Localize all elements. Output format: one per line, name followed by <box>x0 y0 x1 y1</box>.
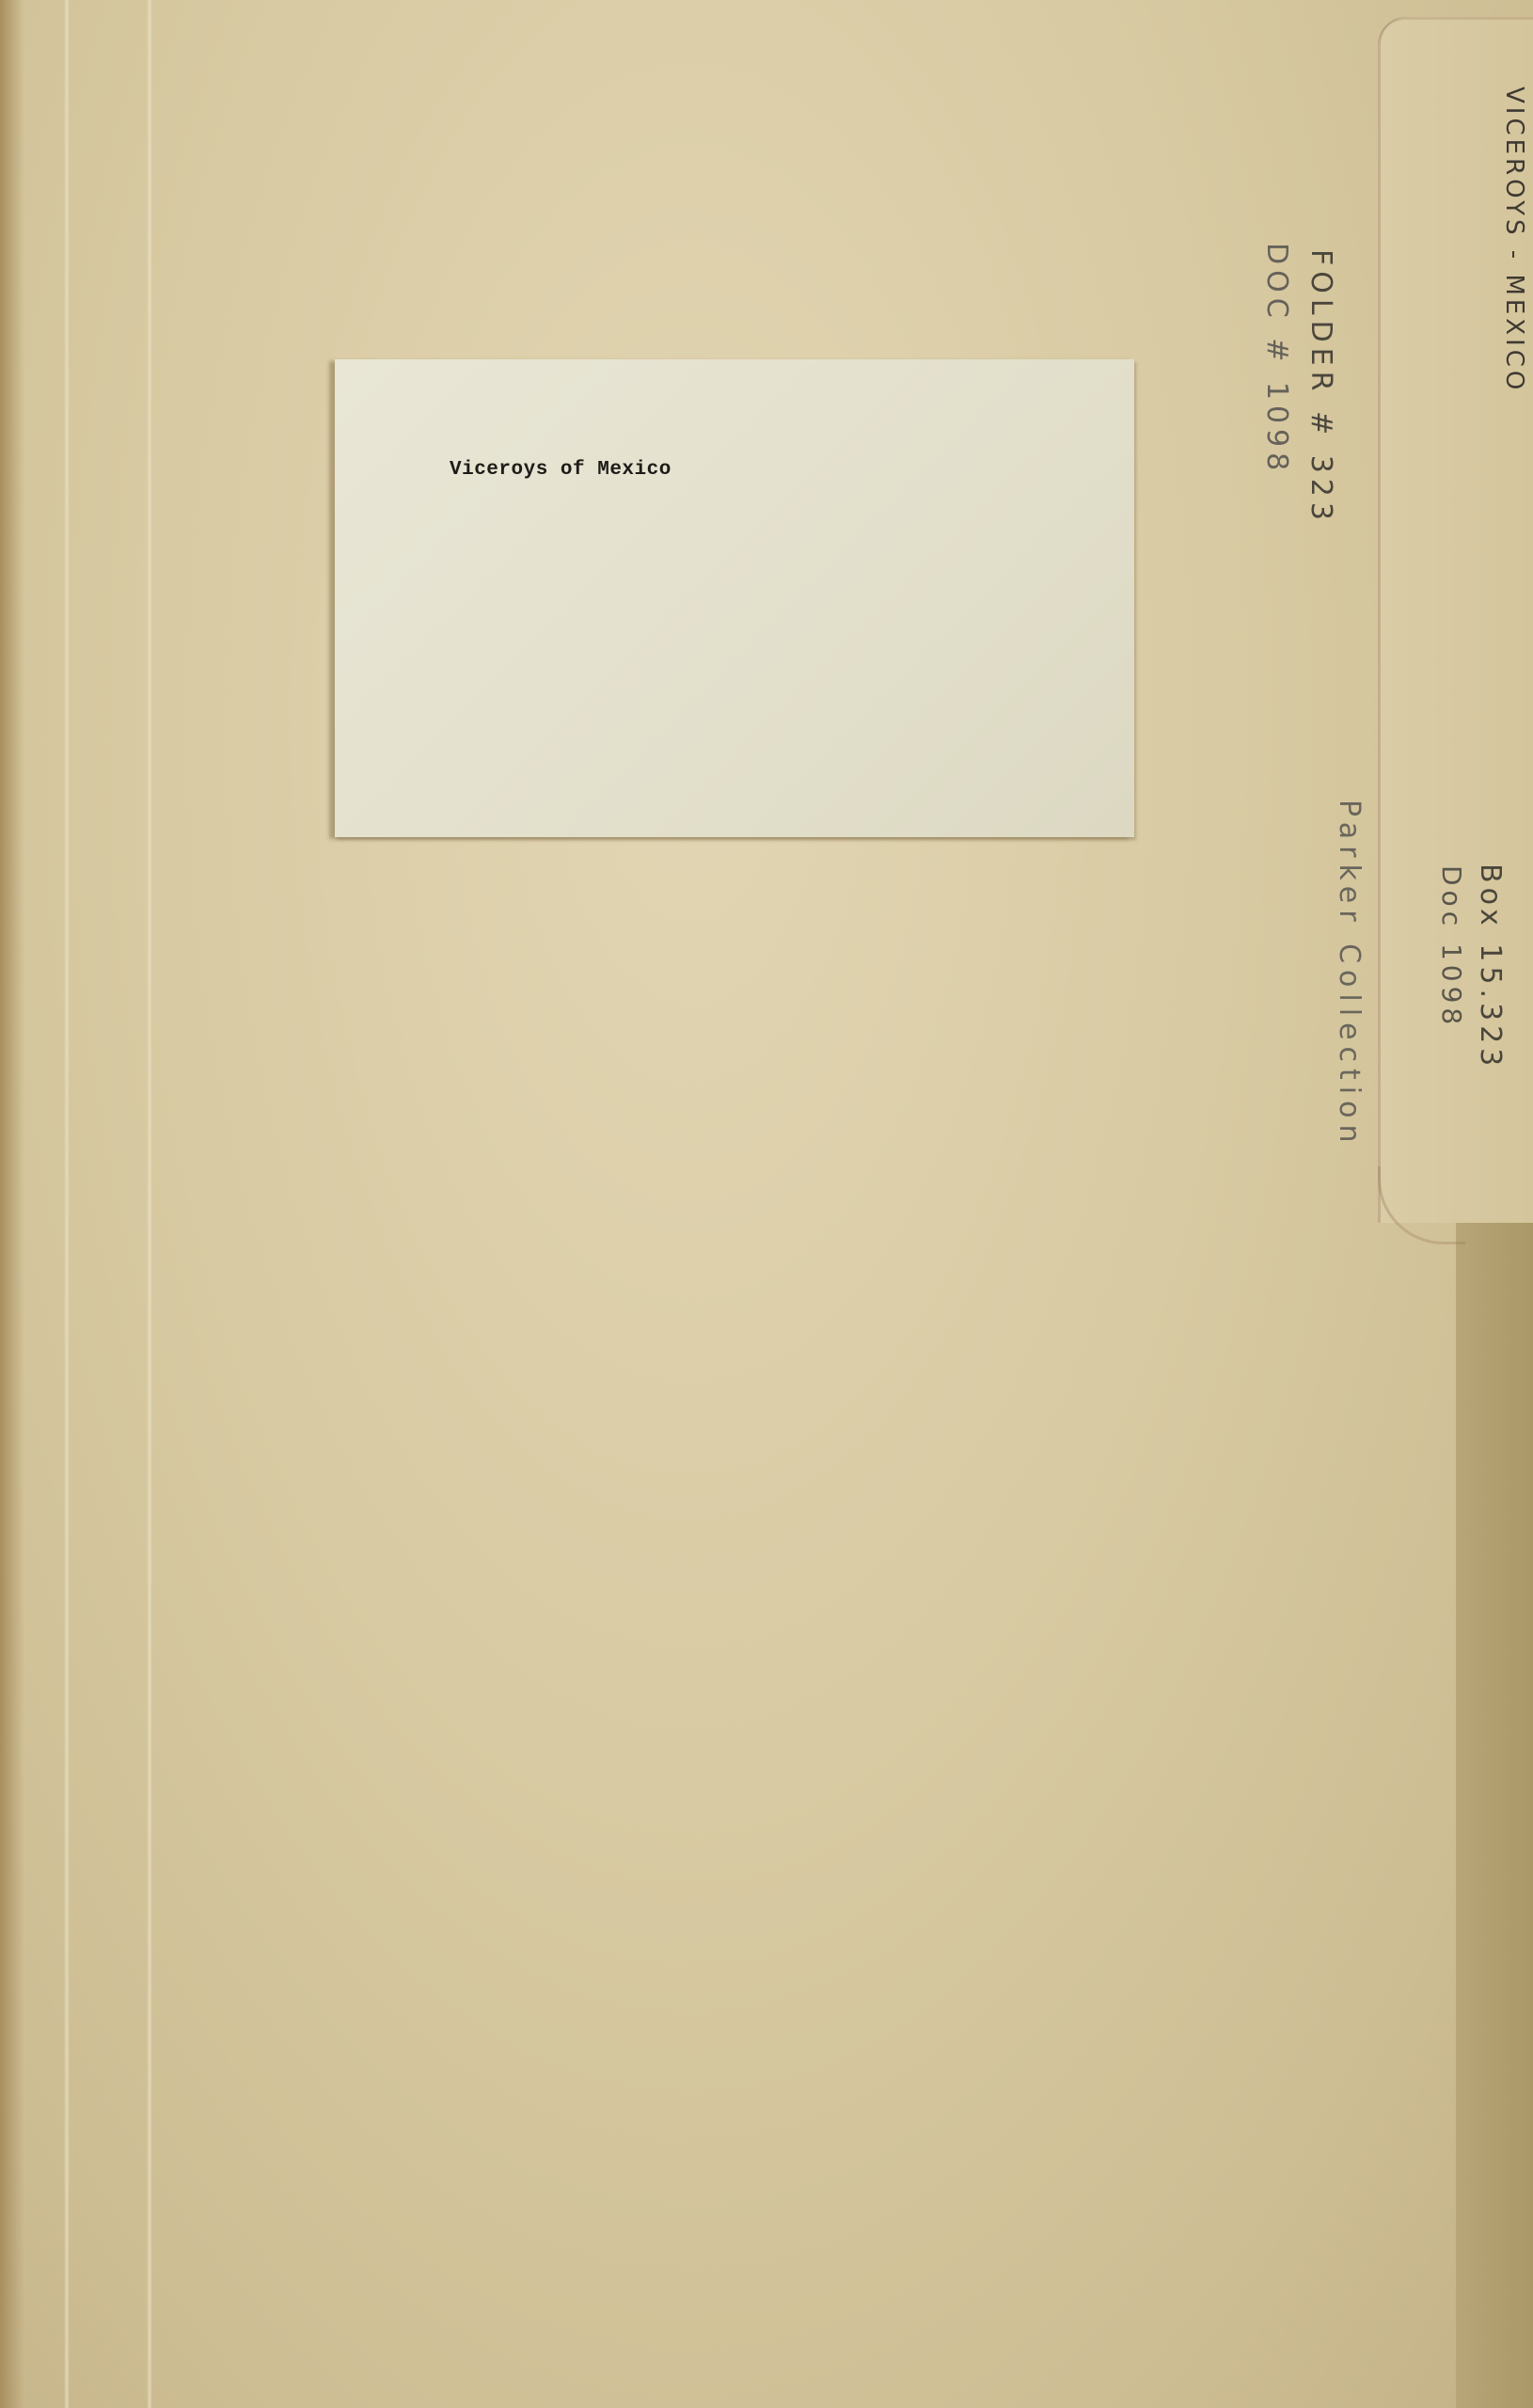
box-reference-handwritten: Box 15.323 <box>1474 863 1507 1070</box>
folder-crease <box>64 0 70 2408</box>
doc-reference-handwritten: Doc 1098 <box>1436 865 1467 1029</box>
collection-name-handwritten: Parker Collection <box>1333 800 1366 1149</box>
tab-label-handwritten: VICEROYS - MEXICO <box>1500 87 1528 393</box>
folder-edge-shadow <box>0 0 24 2408</box>
folder-number-handwritten: FOLDER # 323 <box>1304 249 1337 526</box>
folder-crease <box>147 0 152 2408</box>
card-typed-title: Viceroys of Mexico <box>450 459 672 481</box>
back-folder-edge <box>1456 1223 1533 2408</box>
index-card: Viceroys of Mexico <box>335 359 1134 837</box>
doc-number-handwritten: DOC # 1098 <box>1260 243 1293 476</box>
